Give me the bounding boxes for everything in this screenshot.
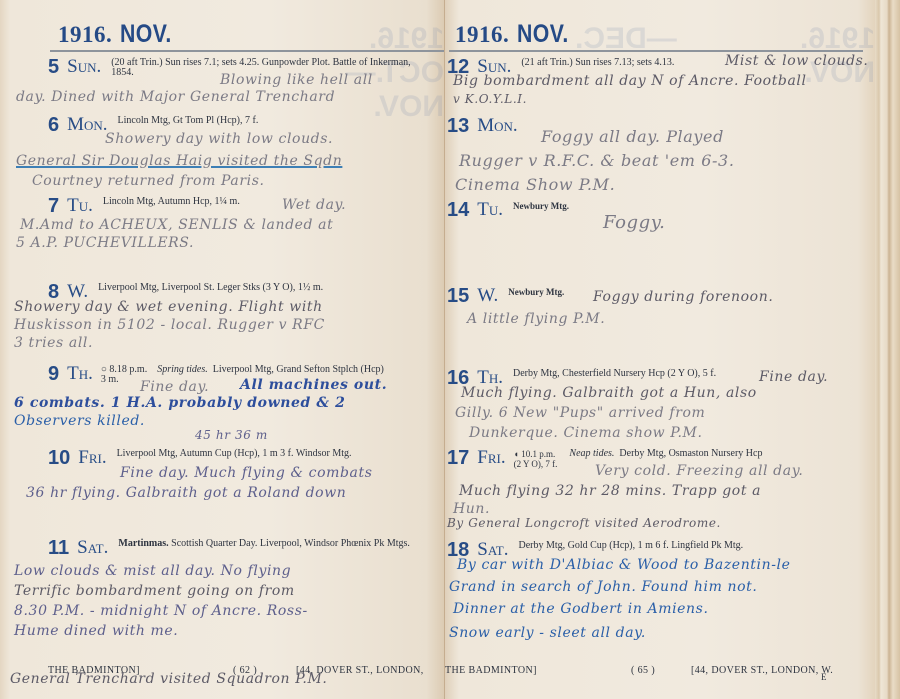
handwritten-note: Showery day & wet evening. Flight with — [14, 298, 323, 316]
day-number: 7 — [48, 196, 59, 216]
handwritten-note: Fine day. Much flying & combats — [120, 464, 373, 482]
handwritten-note: A little flying P.M. — [467, 310, 605, 328]
handwritten-note: Fine day. — [759, 368, 828, 386]
header-month: NOV. — [517, 20, 569, 49]
day-weekday: Tu. — [67, 196, 93, 216]
handwritten-note: Foggy. — [603, 214, 666, 232]
day-number: 9 — [48, 364, 59, 384]
page-edge — [875, 0, 900, 699]
handwritten-note: Big bombardment all day N of Ancre. Foot… — [453, 72, 807, 90]
printed-almanac: Newbury Mtg. — [513, 201, 569, 211]
handwritten-note: 8.30 P.M. - midnight N of Ancre. Ross- — [14, 602, 308, 620]
signature-mark: E — [821, 672, 827, 682]
handwritten-note: By car with D'Albiac & Wood to Bazentin-… — [457, 556, 791, 574]
handwritten-note: Huskisson in 5102 - local. Rugger v RFC — [14, 316, 325, 334]
handwritten-note: Showery day with low clouds. — [105, 130, 333, 148]
day-number: 17 — [447, 448, 469, 468]
printed-races: Liverpool Mtg, Grand Sefton Stplch (Hcp) — [213, 364, 384, 375]
handwritten-note: Very cold. Freezing all day. — [595, 462, 803, 480]
footer-address: [44, DOVER ST., LONDON, W. — [691, 665, 833, 676]
day-weekday: Mon. — [67, 115, 107, 135]
handwritten-note: Foggy during forenoon. — [593, 288, 773, 306]
day-number: 14 — [447, 200, 469, 220]
day-number: 10 — [48, 448, 70, 468]
handwritten-note: Courtney returned from Paris. — [32, 172, 265, 190]
day-weekday: Mon. — [477, 116, 517, 136]
printed-almanac: Liverpool Mtg, Autumn Cup (Hcp), 1 m 3 f… — [117, 449, 352, 459]
printed-almanac: Lincoln Mtg, Gt Tom Pl (Hcp), 7 f. — [118, 116, 259, 126]
day-number: 15 — [447, 286, 469, 306]
feast-day: Martinmas. — [118, 538, 168, 549]
flying-hours-note: 45 hr 36 m — [195, 426, 268, 444]
handwritten-note: M.Amd to ACHEUX, SENLIS & landed at — [20, 216, 333, 234]
day-heading-15: 15 W. Newbury Mtg. — [447, 286, 564, 306]
handwritten-note: Foggy all day. Played — [541, 128, 724, 146]
handwritten-note: v K.O.Y.L.I. — [453, 90, 527, 108]
day-weekday: Sun. — [67, 57, 101, 77]
footer-publisher: THE BADMINTON] — [445, 665, 537, 676]
handwritten-note: Wet day. — [282, 196, 346, 214]
footer-page-number: ( 65 ) — [631, 665, 655, 676]
handwritten-note: By General Longcroft visited Aerodrome. — [447, 514, 721, 532]
handwritten-note: Hume dined with me. — [14, 622, 178, 640]
printed-races: Derby Mtg, Osmaston Nursery Hcp — [619, 448, 762, 459]
left-page: 1916. OCT.—NOV. 1916.NOV. 5 Sun. (20 aft… — [0, 0, 445, 699]
day-number: 5 — [48, 57, 59, 77]
diary-spread: 1916. OCT.—NOV. 1916.NOV. 5 Sun. (20 aft… — [0, 0, 900, 699]
header-rule — [50, 50, 444, 52]
handwritten-note: 36 hr flying. Galbraith got a Roland dow… — [26, 484, 346, 502]
day-heading-14: 14 Tu. Newbury Mtg. — [447, 200, 569, 220]
handwritten-note: Dunkerque. Cinema show P.M. — [469, 424, 703, 442]
tides-label: Neap tides. — [569, 448, 614, 459]
header-year: 1916. — [58, 22, 112, 47]
day-weekday: Fri. — [477, 448, 505, 468]
printed-almanac: Derby Mtg, Chesterfield Nursery Hcp (2 Y… — [513, 369, 716, 379]
right-page: —DEC. 1916. NOV. 1916.NOV. 12 Sun. (21 a… — [445, 0, 875, 699]
handwritten-note: Low clouds & mist all day. No flying — [14, 562, 291, 580]
handwritten-note: Cinema Show P.M. — [455, 176, 615, 194]
handwritten-note: Dinner at the Godbert in Amiens. — [453, 600, 709, 618]
printed-almanac: Neap tides. Derby Mtg, Osmaston Nursery … — [569, 449, 762, 459]
handwritten-note: Observers killed. — [14, 412, 145, 430]
handwritten-note: Mist & low clouds. — [725, 52, 869, 70]
handwritten-note: 3 tries all. — [14, 334, 93, 352]
printed-almanac: Newbury Mtg. — [508, 287, 564, 297]
day-heading-7: 7 Tu. Lincoln Mtg, Autumn Hcp, 1¼ m. — [48, 196, 240, 216]
handwritten-note: Much flying. Galbraith got a Hun, also — [461, 384, 757, 402]
day-heading-13: 13 Mon. — [447, 116, 518, 136]
printed-races: Scottish Quarter Day. Liverpool, Windsor… — [171, 538, 410, 549]
handwritten-note: Rugger v R.F.C. & beat 'em 6-3. — [459, 152, 735, 170]
handwritten-note: day. Dined with Major General Trenchard — [16, 88, 335, 106]
handwritten-note: 5 A.P. PUCHEVILLERS. — [16, 234, 194, 252]
day-weekday: Tu. — [477, 200, 503, 220]
handwritten-note: All machines out. — [240, 376, 387, 394]
handwritten-note: Much flying 32 hr 28 mins. Trapp got a — [459, 482, 761, 500]
day-weekday: W. — [477, 286, 498, 306]
day-weekday: Th. — [67, 364, 93, 384]
handwritten-note: Blowing like hell all — [220, 71, 373, 89]
moon-phase-time: ◖ 10.1 p.m. — [514, 449, 558, 459]
handwritten-note: General Sir Douglas Haig visited the Sqd… — [16, 152, 342, 170]
handwritten-note: General Trenchard visited Squadron P.M. — [10, 670, 327, 688]
day-number: 11 — [48, 538, 69, 558]
page-header: 1916.NOV. — [58, 20, 181, 49]
printed-almanac: Martinmas. Scottish Quarter Day. Liverpo… — [118, 539, 418, 549]
printed-almanac: (21 aft Trin.) Sun rises 7.13; sets 4.13… — [521, 58, 674, 68]
day-heading-11: 11 Sat. Martinmas. Scottish Quarter Day.… — [48, 538, 433, 558]
page-header: 1916.NOV. — [455, 20, 578, 49]
tide-sub: (2 Y O), 7 f. — [514, 459, 558, 469]
day-number: 13 — [447, 116, 469, 136]
handwritten-note: 6 combats. 1 H.A. probably downed & 2 — [14, 394, 345, 412]
handwritten-note: Gilly. 6 New "Pups" arrived from — [455, 404, 705, 422]
day-weekday: Sat. — [77, 538, 108, 558]
printed-almanac: Spring tides. Liverpool Mtg, Grand Sefto… — [157, 365, 384, 375]
printed-almanac: Derby Mtg, Gold Cup (Hcp), 1 m 6 f. Ling… — [518, 541, 743, 551]
handwritten-note: Snow early - sleet all day. — [449, 624, 646, 642]
header-year: 1916. — [455, 22, 509, 47]
printed-almanac: Lincoln Mtg, Autumn Hcp, 1¼ m. — [103, 197, 240, 207]
tide-info: ◖ 10.1 p.m. (2 Y O), 7 f. — [514, 449, 558, 469]
tides-label: Spring tides. — [157, 364, 208, 375]
handwritten-note: Terrific bombardment going on from — [14, 582, 295, 600]
header-month: NOV. — [120, 20, 172, 49]
handwritten-note: Grand in search of John. Found him not. — [449, 578, 757, 596]
day-number: 6 — [48, 115, 59, 135]
printed-almanac: Liverpool Mtg, Liverpool St. Leger Stks … — [98, 283, 323, 293]
day-weekday: Fri. — [78, 448, 106, 468]
